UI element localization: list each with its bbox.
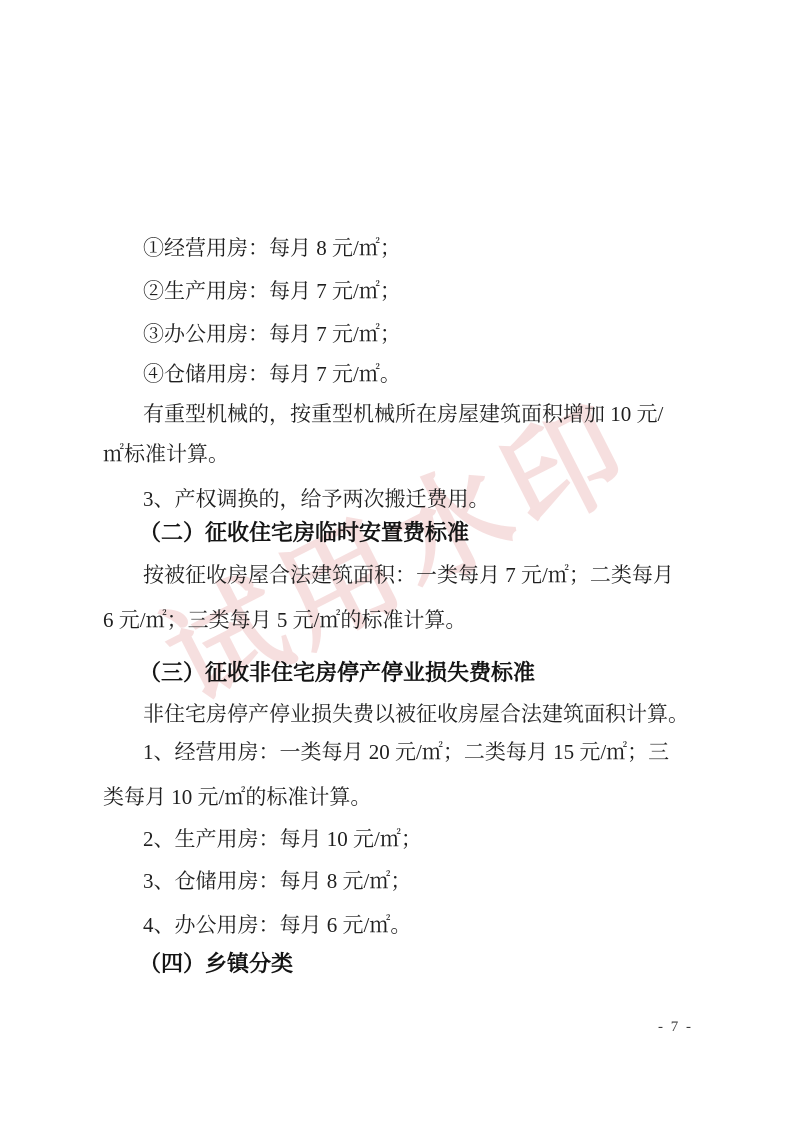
paragraph-loss-intro: 非住宅房停产停业损失费以被征收房屋合法建筑面积计算。 [103,701,743,728]
list-item-2: 2、生产用房：每月 10 元/㎡； [103,826,743,853]
section-heading-4: （四）乡镇分类 [103,950,739,977]
list-item-circled-3: ③办公用房：每月 7 元/㎡； [103,321,743,348]
section-heading-3: （三）征收非住宅房停产停业损失费标准 [103,659,739,686]
paragraph-resettle-line2: 6 元/㎡；三类每月 5 元/㎡的标准计算。 [103,607,703,634]
document-page: 试用水印 ①经营用房：每月 8 元/㎡； ②生产用房：每月 7 元/㎡； ③办公… [0,0,793,1122]
paragraph-resettle-line1: 按被征收房屋合法建筑面积：一类每月 7 元/㎡；二类每月 [103,562,743,589]
page-number: - 7 - [658,1019,693,1036]
list-item-circled-1: ①经营用房：每月 8 元/㎡； [103,235,743,262]
list-item-4: 4、办公用房：每月 6 元/㎡。 [103,912,743,939]
section-heading-2: （二）征收住宅房临时安置费标准 [103,519,739,546]
list-item-circled-2: ②生产用房：每月 7 元/㎡； [103,278,743,305]
list-item-circled-4: ④仓储用房：每月 7 元/㎡。 [103,361,743,388]
list-item-3: 3、仓储用房：每月 8 元/㎡； [103,868,743,895]
paragraph-property-swap: 3、产权调换的，给予两次搬迁费用。 [103,486,743,513]
paragraph-machinery-line1: 有重型机械的，按重型机械所在房屋建筑面积增加 10 元/ [103,401,743,428]
paragraph-machinery-line2: ㎡标准计算。 [103,441,703,468]
list-item-1-line1: 1、经营用房：一类每月 20 元/㎡；二类每月 15 元/㎡；三 [103,739,743,766]
list-item-1-line2: 类每月 10 元/㎡的标准计算。 [103,784,703,811]
